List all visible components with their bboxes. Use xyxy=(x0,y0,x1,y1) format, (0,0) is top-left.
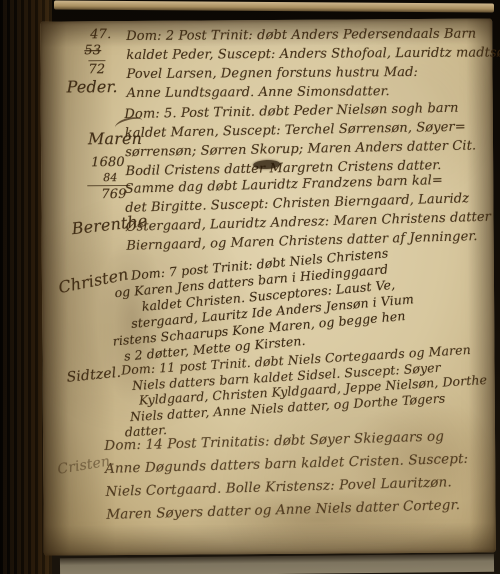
margin-year: 1680 xyxy=(91,155,125,170)
baptism-entry: Dom: 14 Post Trinitatis: døbt Søyer Skie… xyxy=(104,425,470,527)
register-photo: 47. 53 72 Peder. Maren 1680 84 769 Beren… xyxy=(0,0,500,574)
manuscript-line: Povel Larsen, Degnen forstuns hustru Mad… xyxy=(126,62,500,84)
margin-number-struck: 53 xyxy=(84,43,101,58)
margin-name-peder: Peder. xyxy=(67,77,118,96)
baptism-entry: Samme dag døbt Lauridtz Frandzens barn k… xyxy=(124,170,491,256)
manuscript-line: Dom: 2 Post Trinit: døbt Anders Pedersen… xyxy=(126,24,500,46)
page-edge-stack-top xyxy=(54,0,494,12)
baptism-entry: Dom: 7 post Trinit: døbt Niels Christens… xyxy=(116,243,417,364)
baptism-entry: Dom: 2 Post Trinit: døbt Anders Pedersen… xyxy=(126,24,500,103)
page-edge-stack-bottom xyxy=(60,554,494,574)
baptism-entry: Dom: 5. Post Trinit. døbt Peder Nielsøn … xyxy=(124,98,476,181)
margin-name-sidtzel: Sidtzel. xyxy=(66,365,122,386)
manuscript-line: kaldet Peder, Suscept: Anders Sthofoal, … xyxy=(126,43,500,65)
margin-small-number: 84 xyxy=(103,171,117,184)
margin-number-under: 72 xyxy=(88,60,105,77)
margin-number-top: 47. xyxy=(90,27,111,42)
manuscript-page: 47. 53 72 Peder. Maren 1680 84 769 Beren… xyxy=(40,18,496,555)
